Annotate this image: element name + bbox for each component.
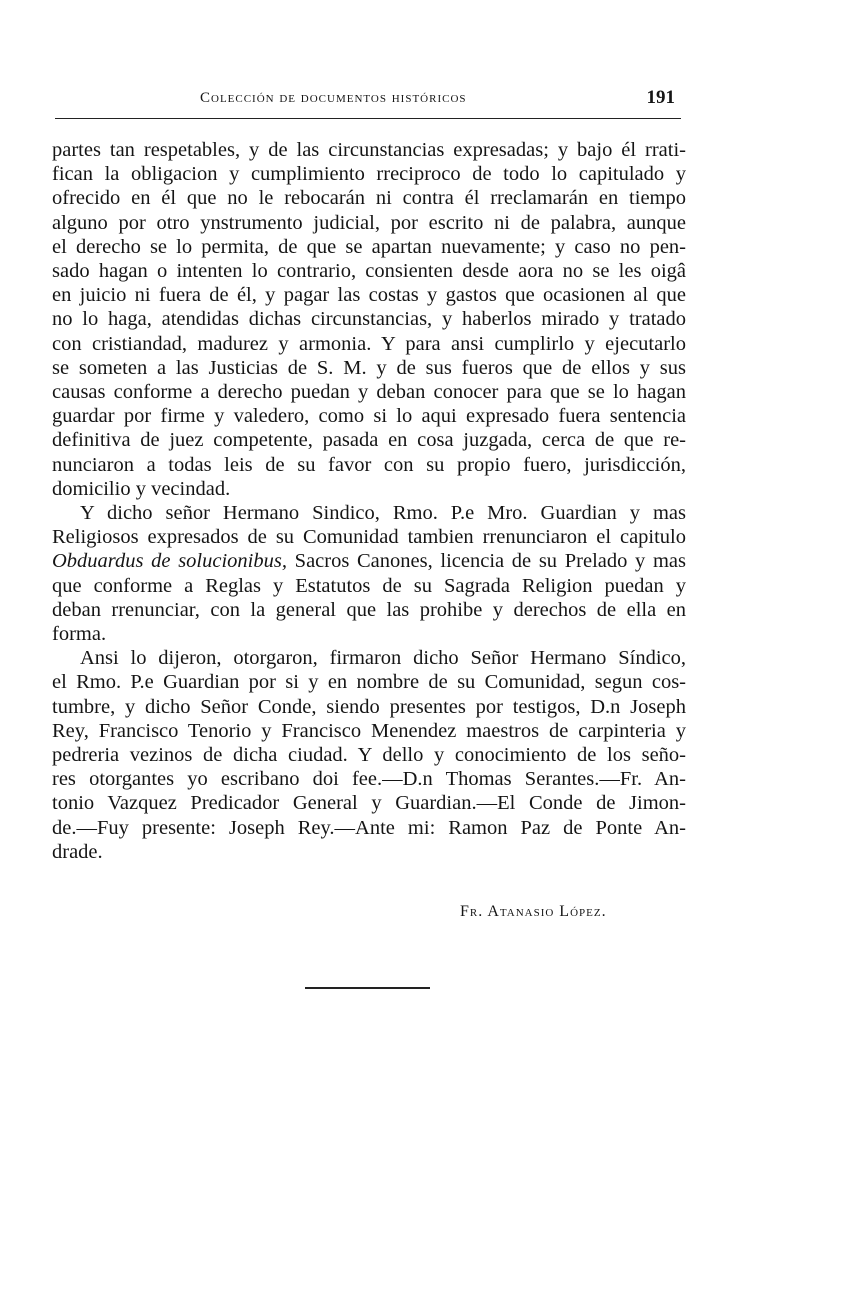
text-line: domicilio y vecindad. [52,477,686,501]
text-line: causas conforme a derecho puedan y deban… [52,380,686,404]
page-number: 191 [647,87,676,109]
header-rule [55,118,681,119]
text-line: fican la obligacion y cumplimiento rreci… [52,162,686,186]
text-line: que conforme a Reglas y Estatutos de su … [52,574,686,598]
text-line: con cristiandad, madurez y armonia. Y pa… [52,332,686,356]
text-line: Religiosos expresados de su Comunidad ta… [52,525,686,549]
text-line: res otorgantes yo escribano doi fee.—D.n… [52,767,686,791]
text-line: guardar por firme y valedero, como si lo… [52,404,686,428]
text-line: el derecho se lo permita, de que se apar… [52,235,686,259]
body-text: partes tan respetables, y de las circuns… [52,138,686,864]
text-line: alguno por otro ynstrumento judicial, po… [52,211,686,235]
running-title: Colección de documentos históricos [200,90,467,107]
text-line: se someten a las Justicias de S. M. y de… [52,356,686,380]
text-line: forma. [52,622,686,646]
text-line: sado hagan o intenten lo contrario, cons… [52,259,686,283]
document-page: Colección de documentos históricos 191 p… [0,0,850,1306]
text-line: el Rmo. P.e Guardian por si y en nombre … [52,670,686,694]
running-head: Colección de documentos históricos 191 [55,90,683,112]
text-line: definitiva de juez competente, pasada en… [52,428,686,452]
paragraph-3: Ansi lo dijeron, otorgaron, firmaron dic… [52,646,686,864]
text-line: no lo haga, atendidas dichas circunstanc… [52,307,686,331]
text-line: drade. [52,840,686,864]
text-line: deban rrenunciar, con la general que las… [52,598,686,622]
text-line: nunciaron a todas leis de su favor con s… [52,453,686,477]
section-end-rule [305,987,430,989]
text-line: Obduardus de solucionibus, Sacros Canone… [52,549,686,573]
text-line: de.—Fuy presente: Joseph Rey.—Ante mi: R… [52,816,686,840]
latin-citation: Obduardus de solucionibus, [52,550,287,572]
text-line: ofrecido en él que no le rebocarán ni co… [52,186,686,210]
text-line: pedreria vezinos de dicha ciudad. Y dell… [52,743,686,767]
text-line: partes tan respetables, y de las circuns… [52,138,686,162]
text-fragment: Sacros Canones, licencia de su Prelado y… [287,550,686,572]
text-line: Rey, Francisco Tenorio y Francisco Menen… [52,719,686,743]
text-line: en juicio ni fuera de él, y pagar las co… [52,283,686,307]
author-signature: Fr. Atanasio López. [460,903,607,921]
text-line: Ansi lo dijeron, otorgaron, firmaron dic… [52,646,686,670]
text-line: Y dicho señor Hermano Sindico, Rmo. P.e … [52,501,686,525]
text-line: tumbre, y dicho Señor Conde, siendo pres… [52,695,686,719]
paragraph-1: partes tan respetables, y de las circuns… [52,138,686,501]
text-line: tonio Vazquez Predicador General y Guard… [52,791,686,815]
paragraph-2: Y dicho señor Hermano Sindico, Rmo. P.e … [52,501,686,646]
